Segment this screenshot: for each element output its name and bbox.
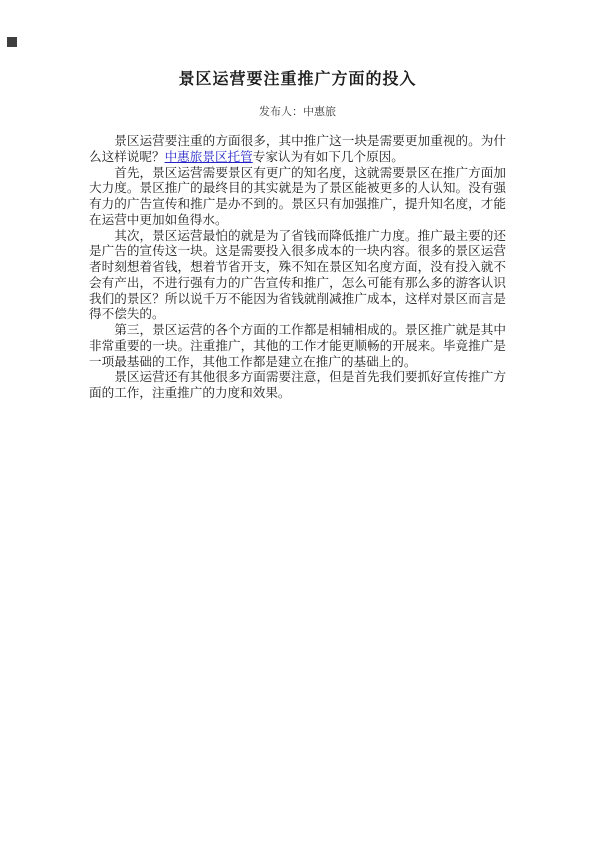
- scenic-area-trusteeship-link[interactable]: 中惠旅景区托管: [165, 149, 253, 164]
- article-title: 景区运营要注重推广方面的投入: [0, 68, 595, 90]
- paragraph-third-point: 第三，景区运营的各个方面的工作都是相辅相成的。景区推广就是其中非常重要的一块。注…: [89, 322, 506, 369]
- paragraph-intro-text-after: 专家认为有如下几个原因。: [253, 149, 404, 164]
- document-page: 景区运营要注重推广方面的投入 发布人：中惠旅 景区运营要注重的方面很多，其中推广…: [0, 0, 595, 842]
- missing-image-placeholder-icon: [7, 37, 17, 47]
- paragraph-closing: 景区运营还有其他很多方面需要注意，但是首先我们要抓好宣传推广方面的工作，注重推广…: [89, 369, 506, 401]
- paragraph-second-point: 其次，景区运营最怕的就是为了省钱而降低推广力度。推广最主要的还是广告的宣传这一块…: [89, 228, 506, 323]
- paragraph-intro: 景区运营要注重的方面很多，其中推广这一块是需要更加重视的。为什么这样说呢？中惠旅…: [89, 133, 506, 165]
- paragraph-first-point: 首先，景区运营需要景区有更广的知名度，这就需要景区在推广方面加大力度。景区推广的…: [89, 165, 506, 228]
- article-body: 景区运营要注重的方面很多，其中推广这一块是需要更加重视的。为什么这样说呢？中惠旅…: [89, 133, 506, 401]
- publisher-line: 发布人：中惠旅: [0, 104, 595, 119]
